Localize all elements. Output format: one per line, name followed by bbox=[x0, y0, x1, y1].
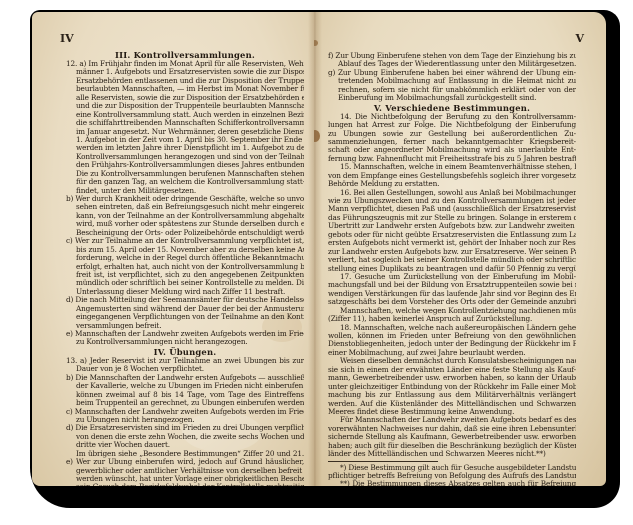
book-spine bbox=[308, 12, 322, 486]
text-line: sie sich in einem der erwähnten Länder e… bbox=[328, 366, 576, 374]
text-line: Mannschaften, welche wegen Kontrollentzi… bbox=[328, 307, 576, 315]
text-line: beim Truppenteil an gerechnet, zu Übunge… bbox=[66, 399, 304, 407]
left-page: IV III. Kontrollversammlungen.12. a) Im … bbox=[32, 12, 314, 486]
text-line: versammlungen befreit. bbox=[66, 322, 304, 330]
text-line: zu Kontrollversammlungen nicht herangezo… bbox=[66, 338, 304, 346]
text-line: Meeres findet diese Bestimmung keine Anw… bbox=[328, 408, 576, 416]
text-line: Kontrollversammlungen herangezogen und s… bbox=[66, 153, 304, 161]
text-line: satzgeschäfts bei dem Vorsteher des Orts… bbox=[328, 298, 576, 306]
text-line: werden im letzten Jahre ihrer Dienstpfli… bbox=[66, 144, 304, 152]
page-number-right: V bbox=[575, 32, 584, 45]
text-line: 15. Mannschaften, welche in einem Beamte… bbox=[328, 163, 576, 171]
text-line: fernung bzw. Fahnenflucht mit Freiheitss… bbox=[328, 155, 576, 163]
text-line: im Januar angesetzt. Nur Wehrmänner, der… bbox=[66, 128, 304, 136]
text-line: sammenziehungen, ferner nach bekanntgema… bbox=[328, 138, 576, 146]
text-line: schaft oder angeordneter Mobilmachung wi… bbox=[328, 146, 576, 154]
text-line: einer Mobilmachung, auf zwei Jahre beurl… bbox=[328, 349, 576, 357]
text-line: unter gleichzeitiger Entbindung von der … bbox=[328, 383, 576, 391]
text-line: f) Zur Übung Einberufene stehen von dem … bbox=[328, 52, 576, 60]
text-line: werden. Auf die Küstenländer des Mittell… bbox=[328, 400, 576, 408]
text-line: sein Gesuch dem Bezirksfeldwebel der Kon… bbox=[66, 483, 304, 486]
page-number-left: IV bbox=[60, 32, 74, 45]
section-heading: V. Verschiedene Bestimmungen. bbox=[328, 103, 576, 113]
text-line: Im übrigen siehe „Besondere Bestimmungen… bbox=[66, 450, 304, 458]
text-line: e) Mannschaften der Landwehr zweiten Auf… bbox=[66, 330, 304, 338]
text-line: gewerblicher oder amtlicher Verhältnisse… bbox=[66, 467, 304, 475]
text-line: machungsfall und bei der Bildung von Ers… bbox=[328, 281, 576, 289]
text-line: wollen, können im Frieden unter Befreiun… bbox=[328, 332, 576, 340]
text-line: freit ist, ist verpflichtet, sich zu den… bbox=[66, 271, 304, 279]
text-line: beurlaubten Mannschaften, — im Herbst im… bbox=[66, 85, 304, 93]
text-line: wendigen Verstärkungen für das laufende … bbox=[328, 290, 576, 298]
text-line: Angemusterten sind während der Dauer der… bbox=[66, 305, 304, 313]
text-line: Dauer von je 8 Wochen verpflichtet. bbox=[66, 365, 304, 373]
text-line: kann, von der Teilnahme an der Kontrollv… bbox=[66, 212, 304, 220]
text-line: werden wünscht, hat unter Vorlage einer … bbox=[66, 475, 304, 483]
text-line: wie zu Übungszwecken und zu den Kontroll… bbox=[328, 197, 576, 205]
text-line: d) Die nach Mitteilung der Seemannsämter… bbox=[66, 296, 304, 304]
text-line: bis zum 15. April oder 15. November aber… bbox=[66, 246, 304, 254]
footnote-rule bbox=[328, 461, 438, 462]
section-heading: IV. Übungen. bbox=[66, 347, 304, 357]
text-line: vorerwähnten Nachweises nur dahin, daß s… bbox=[328, 425, 576, 433]
text-line: Mann verpflichtet, diesen Paß und (aussc… bbox=[328, 205, 576, 213]
text-line: und die zur Disposition der Truppenteile… bbox=[66, 102, 304, 110]
text-line: pflichtiger betreffs Befreiung von Befol… bbox=[328, 472, 576, 480]
text-line: **) Die Bestimmungen dieses Absatzes gel… bbox=[328, 480, 576, 486]
text-line: Bescheinigung der Orts- oder Polizeibehö… bbox=[66, 229, 304, 237]
text-line: 16. Bei allen Gestellungen, sowohl aus A… bbox=[328, 189, 576, 197]
right-page: V f) Zur Übung Einberufene stehen von de… bbox=[314, 12, 606, 486]
text-line: c) Mannschaften der Landwehr zweiten Auf… bbox=[66, 408, 304, 416]
text-line: länder des Mittelländischen und Schwarze… bbox=[328, 450, 576, 458]
text-line: b) Die Mannschaften der Landwehr ersten … bbox=[66, 374, 304, 382]
text-line: c) Wer zur Teilnahme an der Kontrollvers… bbox=[66, 237, 304, 245]
text-line: 12. a) Im Frühjahr finden im Monat April… bbox=[66, 60, 304, 68]
text-line: g) Zur Übung Einberufene haben bei einer… bbox=[328, 69, 576, 77]
section-heading: III. Kontrollversammlungen. bbox=[66, 50, 304, 60]
text-line: Dienstobliegenheiten, jedoch unter der B… bbox=[328, 340, 576, 348]
text-line: für den ganzen Tag, an welchem die Kontr… bbox=[66, 178, 304, 186]
text-line: erfolgt, erhalten hat, auch nicht von de… bbox=[66, 263, 304, 271]
text-line: lungen hat Arrest zur Folge. Die Nichtbe… bbox=[328, 121, 576, 129]
text-line: Ablauf des Tages der Wiederentlassung un… bbox=[328, 60, 576, 68]
text-line: Behörde Meldung zu erstatten. bbox=[328, 180, 576, 188]
text-line: gebots oder für nicht geübte Ersatzreser… bbox=[328, 231, 576, 239]
text-line: Unterlassung dieser Meldung wird nach Zi… bbox=[66, 288, 304, 296]
text-line: machung bis zur Entlassung aus dem Milit… bbox=[328, 391, 576, 399]
text-line: 1. Aufgebot in der Zeit vom 1. April bis… bbox=[66, 136, 304, 144]
text-line: d) Die Ersatzreservisten sind im Frieden… bbox=[66, 424, 304, 432]
text-line: eingegangenen Verpflichtungen von der Te… bbox=[66, 313, 304, 321]
text-line: b) Wer durch Krankheit oder dringende Ge… bbox=[66, 195, 304, 203]
text-line: den Frühjahrs-Kontrollversammlungen dies… bbox=[66, 161, 304, 169]
text-line: das Führungszeugnis mit zur Stelle zu br… bbox=[328, 214, 576, 222]
text-line: Übertritt zur Landwehr ersten Aufgebots … bbox=[328, 222, 576, 230]
text-line: verliert, hat sogleich bei seiner Kontro… bbox=[328, 256, 576, 264]
text-line: der Kavallerie, welche zu Übungen im Fri… bbox=[66, 382, 304, 390]
text-line: e) Wer zur Übung einberufen wird, jedoch… bbox=[66, 458, 304, 466]
right-page-text: f) Zur Übung Einberufene stehen von dem … bbox=[328, 52, 576, 486]
text-line: Die zu Kontrollversammlungen berufenen M… bbox=[66, 170, 304, 178]
text-line: können zweimal auf 8 bis 14 Tage, vom Ta… bbox=[66, 391, 304, 399]
text-line: zu Übungen nicht herangezogen. bbox=[66, 416, 304, 424]
text-line: tretenden Mobilmachung auf Entlassung in… bbox=[328, 77, 576, 85]
text-line: Für Mannschaften der Landwehr zweiten Au… bbox=[328, 416, 576, 424]
text-line: sichernde Stellung als Kaufmann, Gewerbe… bbox=[328, 433, 576, 441]
booklet-spread: IV III. Kontrollversammlungen.12. a) Im … bbox=[32, 12, 610, 498]
text-line: haben; auch gilt für dieselben die Besch… bbox=[328, 442, 576, 450]
left-page-text: III. Kontrollversammlungen.12. a) Im Frü… bbox=[66, 50, 304, 486]
text-line: die schiffahrttreibenden Mannschaften Sc… bbox=[66, 119, 304, 127]
text-line: Weisen dieselben demnächst durch Konsula… bbox=[328, 357, 576, 365]
text-line: alle Reservisten, sowie die zur Disposit… bbox=[66, 94, 304, 102]
text-line: 13. a) Jeder Reservist ist zur Teilnahme… bbox=[66, 357, 304, 365]
text-line: findet, unter den Militärgesetzen. bbox=[66, 187, 304, 195]
text-line: zur Landwehr ersten Aufgebots bzw. zur E… bbox=[328, 248, 576, 256]
text-line: 17. Gesuche um Zurückstellung von der Ei… bbox=[328, 273, 576, 281]
text-line: rechnen, sofern sie nicht für unabkömmli… bbox=[328, 86, 576, 94]
text-line: *) Diese Bestimmung gilt auch für Gesuch… bbox=[328, 464, 576, 472]
text-line: eine Kontrollversammlung statt. Auch wer… bbox=[66, 111, 304, 119]
text-line: mann, Gewerbetreibender usw. erworben ha… bbox=[328, 374, 576, 382]
text-line: zu Übungen sowie zur Gestellung bei auße… bbox=[328, 130, 576, 138]
text-line: Einberufung im Mobilmachungsfall zurückg… bbox=[328, 94, 576, 102]
text-line: von denen die erste zehn Wochen, die zwe… bbox=[66, 433, 304, 441]
text-line: sehen eintreten, daß ein Befreiungsgesuc… bbox=[66, 203, 304, 211]
text-line: forderung, welche in der Regel durch öff… bbox=[66, 254, 304, 262]
text-line: männer 1. Aufgebots und Ersatzreserviste… bbox=[66, 68, 304, 76]
text-line: stellung eines Duplikats zu beantragen u… bbox=[328, 265, 576, 273]
text-line: dritte vier Wochen dauert. bbox=[66, 441, 304, 449]
text-line: 18. Mannschaften, welche nach außereurop… bbox=[328, 324, 576, 332]
text-line: Ersatzbehörden entlassenen und die zur D… bbox=[66, 77, 304, 85]
text-line: von dem Empfange eines Gestellungsbefehl… bbox=[328, 172, 576, 180]
text-line: (Ziffer 11), haben keinerlei Anspruch au… bbox=[328, 315, 576, 323]
text-line: ersten Aufgebots nicht vermerkt ist, geh… bbox=[328, 239, 576, 247]
text-line: wird, muß vorher oder spätestens zur Stu… bbox=[66, 220, 304, 228]
text-line: mündlich oder schriftlich bei seiner Kon… bbox=[66, 279, 304, 287]
text-line: 14. Die Nichtbefolgung der Berufung zu d… bbox=[328, 113, 576, 121]
